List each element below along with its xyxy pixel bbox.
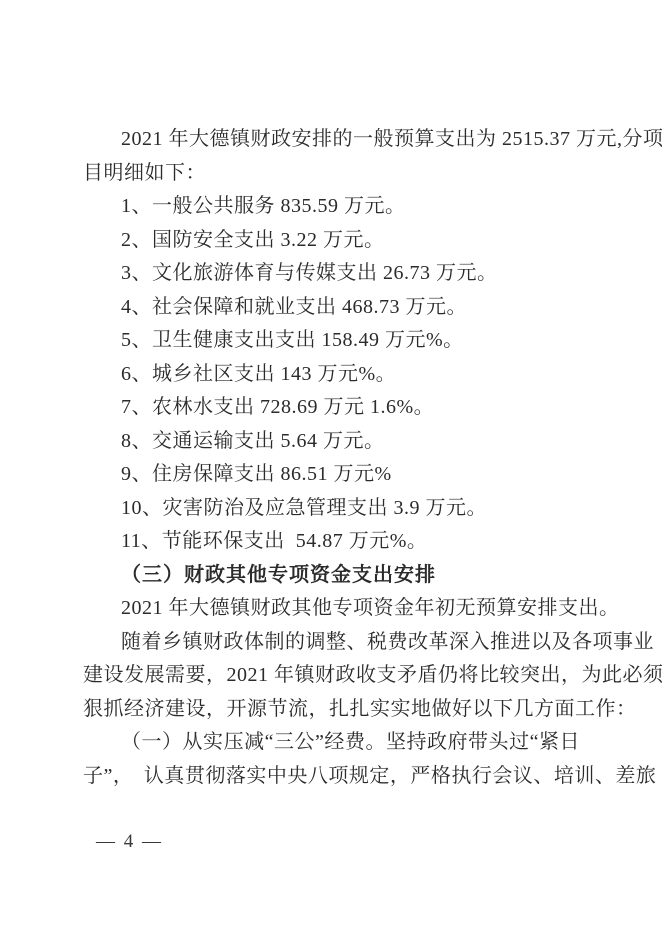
budget-item-1: 1、一般公共服务 835.59 万元。 <box>83 190 580 224</box>
intro-line-1: 2021 年大德镇财政安排的一般预算支出为 2515.37 万元,分项 <box>83 123 580 157</box>
no-budget-line: 2021 年大德镇财政其他专项资金年初无预算安排支出。 <box>83 592 580 626</box>
outlook-line-2: 建设发展需要，2021 年镇财政收支矛盾仍将比较突出，为此必须 <box>83 659 580 693</box>
budget-item-7: 7、农林水支出 728.69 万元 1.6%。 <box>83 391 580 425</box>
budget-item-3: 3、文化旅游体育与传媒支出 26.73 万元。 <box>83 257 580 291</box>
budget-item-5: 5、卫生健康支出支出 158.49 万元%。 <box>83 324 580 358</box>
document-page: 2021 年大德镇财政安排的一般预算支出为 2515.37 万元,分项 目明细如… <box>0 0 662 936</box>
budget-item-8: 8、交通运输支出 5.64 万元。 <box>83 425 580 459</box>
outlook-line-3: 狠抓经济建设，开源节流，扎扎实实地做好以下几方面工作： <box>83 693 580 727</box>
section-heading: （三）财政其他专项资金支出安排 <box>83 559 580 593</box>
budget-item-10: 10、灾害防治及应急管理支出 3.9 万元。 <box>83 492 580 526</box>
intro-line-2: 目明细如下： <box>83 157 580 191</box>
budget-item-2: 2、国防安全支出 3.22 万元。 <box>83 224 580 258</box>
budget-item-11: 11、节能环保支出 54.87 万元%。 <box>83 525 580 559</box>
measure-line-2: 子”， 认真贯彻落实中央八项规定，严格执行会议、培训、差旅 <box>83 760 580 794</box>
page-number: — 4 — <box>96 830 163 854</box>
outlook-line-1: 随着乡镇财政体制的调整、税费改革深入推进以及各项事业 <box>83 626 580 660</box>
budget-item-6: 6、城乡社区支出 143 万元%。 <box>83 358 580 392</box>
budget-item-4: 4、社会保障和就业支出 468.73 万元。 <box>83 291 580 325</box>
measure-line-1: （一）从实压减“三公”经费。坚持政府带头过“紧日 <box>83 726 580 760</box>
budget-item-9: 9、住房保障支出 86.51 万元% <box>83 458 580 492</box>
document-content: 2021 年大德镇财政安排的一般预算支出为 2515.37 万元,分项 目明细如… <box>83 123 580 793</box>
